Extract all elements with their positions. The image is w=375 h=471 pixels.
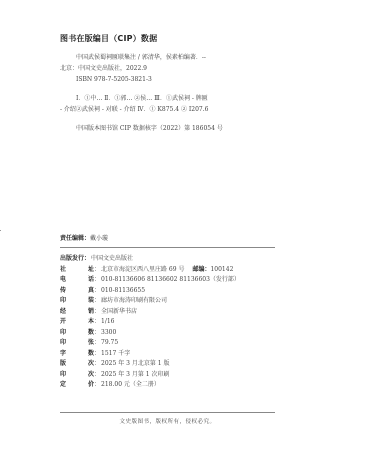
printing-value: 2025 年 3 月第 1 次印刷 xyxy=(101,370,169,381)
info-row-print-run: 印数： 3300 xyxy=(60,328,240,339)
publisher-value: 中国文史出版社 xyxy=(91,254,133,265)
divider-top xyxy=(60,247,275,248)
cip-line-isbn: ISBN 978-7-5205-3821-3 xyxy=(76,76,152,84)
editor-label: 责任编辑： xyxy=(60,235,90,242)
edition-value: 2025 年 3 月北京第 1 版 xyxy=(101,359,169,370)
cip-heading: 图书在版编目（CIP）数据 xyxy=(60,33,157,44)
fax-value: 010-81136655 xyxy=(101,286,145,297)
field-key: 印 xyxy=(60,296,66,307)
field-key: 定 xyxy=(60,380,66,391)
publisher-label: 出版发行： xyxy=(60,254,90,265)
field-key: 字 xyxy=(60,349,66,360)
cip-line-subjects: Ⅰ．①中… Ⅱ．①郭… ②侯… Ⅲ．①武侯祠 - 牌匾 xyxy=(76,95,208,103)
info-row-phone: 电话： 010-81136606 81136602 81136603（发行部） xyxy=(60,275,240,286)
info-row-edition: 版次： 2025 年 3 月北京第 1 版 xyxy=(60,359,240,370)
info-row-word-count: 字数： 1517 千字 xyxy=(60,349,240,360)
publication-info: 出版发行： 中国文史出版社 社址： 北京市海淀区西八里庄路 69 号 邮编： 1… xyxy=(60,254,240,391)
field-key: 传 xyxy=(60,286,66,297)
editor-name: 戴小璇 xyxy=(90,235,108,242)
info-row-format: 开本： 1/16 xyxy=(60,317,240,328)
margin-mark xyxy=(0,230,1,231)
cip-line-title-authors: 中国武侯蜀祠匾联集注 / 郭清华，侯素柏编著．-- xyxy=(76,54,206,62)
field-key: 印 xyxy=(60,370,66,381)
cip-line-subjects-cont: - 介绍②武侯祠 - 对联 - 介绍 Ⅳ．① K875.4 ② I207.6 xyxy=(60,106,208,114)
info-row-distributor: 经销： 全国新华书店 xyxy=(60,307,240,318)
postcode-label: 邮编： xyxy=(192,265,210,276)
postcode-value: 100142 xyxy=(210,265,233,276)
word-count-value: 1517 千字 xyxy=(101,349,130,360)
cip-line-record-number: 中国版本图书馆 CIP 数据核字（2022）第 186054 号 xyxy=(76,125,223,133)
copyright-notice: 文史版图书，版权所有，侵权必究。 xyxy=(60,417,275,425)
print-run-value: 3300 xyxy=(101,328,116,339)
format-value: 1/16 xyxy=(101,317,114,328)
cip-line-publisher-date: 北京：中国文史出版社，2022.9 xyxy=(60,65,147,73)
info-row-publisher: 出版发行： 中国文史出版社 xyxy=(60,254,240,265)
field-key: 印 xyxy=(60,328,66,339)
distributor-value: 全国新华书店 xyxy=(101,307,137,318)
info-row-fax: 传真： 010-81136655 xyxy=(60,286,240,297)
info-row-price: 定价： 218.00 元（全二册） xyxy=(60,380,240,391)
sheets-value: 79.75 xyxy=(101,338,118,349)
field-key: 社 xyxy=(60,265,66,276)
info-row-printing: 印次： 2025 年 3 月第 1 次印刷 xyxy=(60,370,240,381)
responsible-editor: 责任编辑：戴小璇 xyxy=(60,233,108,242)
field-key: 经 xyxy=(60,307,66,318)
info-row-printer: 印装： 廊坊市海涛印刷有限公司 xyxy=(60,296,240,307)
field-key: 印 xyxy=(60,338,66,349)
price-value: 218.00 元（全二册） xyxy=(101,380,160,391)
field-key: 开 xyxy=(60,317,66,328)
field-key: 版 xyxy=(60,359,66,370)
info-row-address: 社址： 北京市海淀区西八里庄路 69 号 邮编： 100142 xyxy=(60,265,240,276)
divider-bottom xyxy=(60,412,275,413)
info-row-sheets: 印张： 79.75 xyxy=(60,338,240,349)
printer-value: 廊坊市海涛印刷有限公司 xyxy=(101,296,167,307)
phone-value: 010-81136606 81136602 81136603（发行部） xyxy=(101,275,240,286)
field-key: 电 xyxy=(60,275,66,286)
address-value: 北京市海淀区西八里庄路 69 号 xyxy=(101,265,184,276)
